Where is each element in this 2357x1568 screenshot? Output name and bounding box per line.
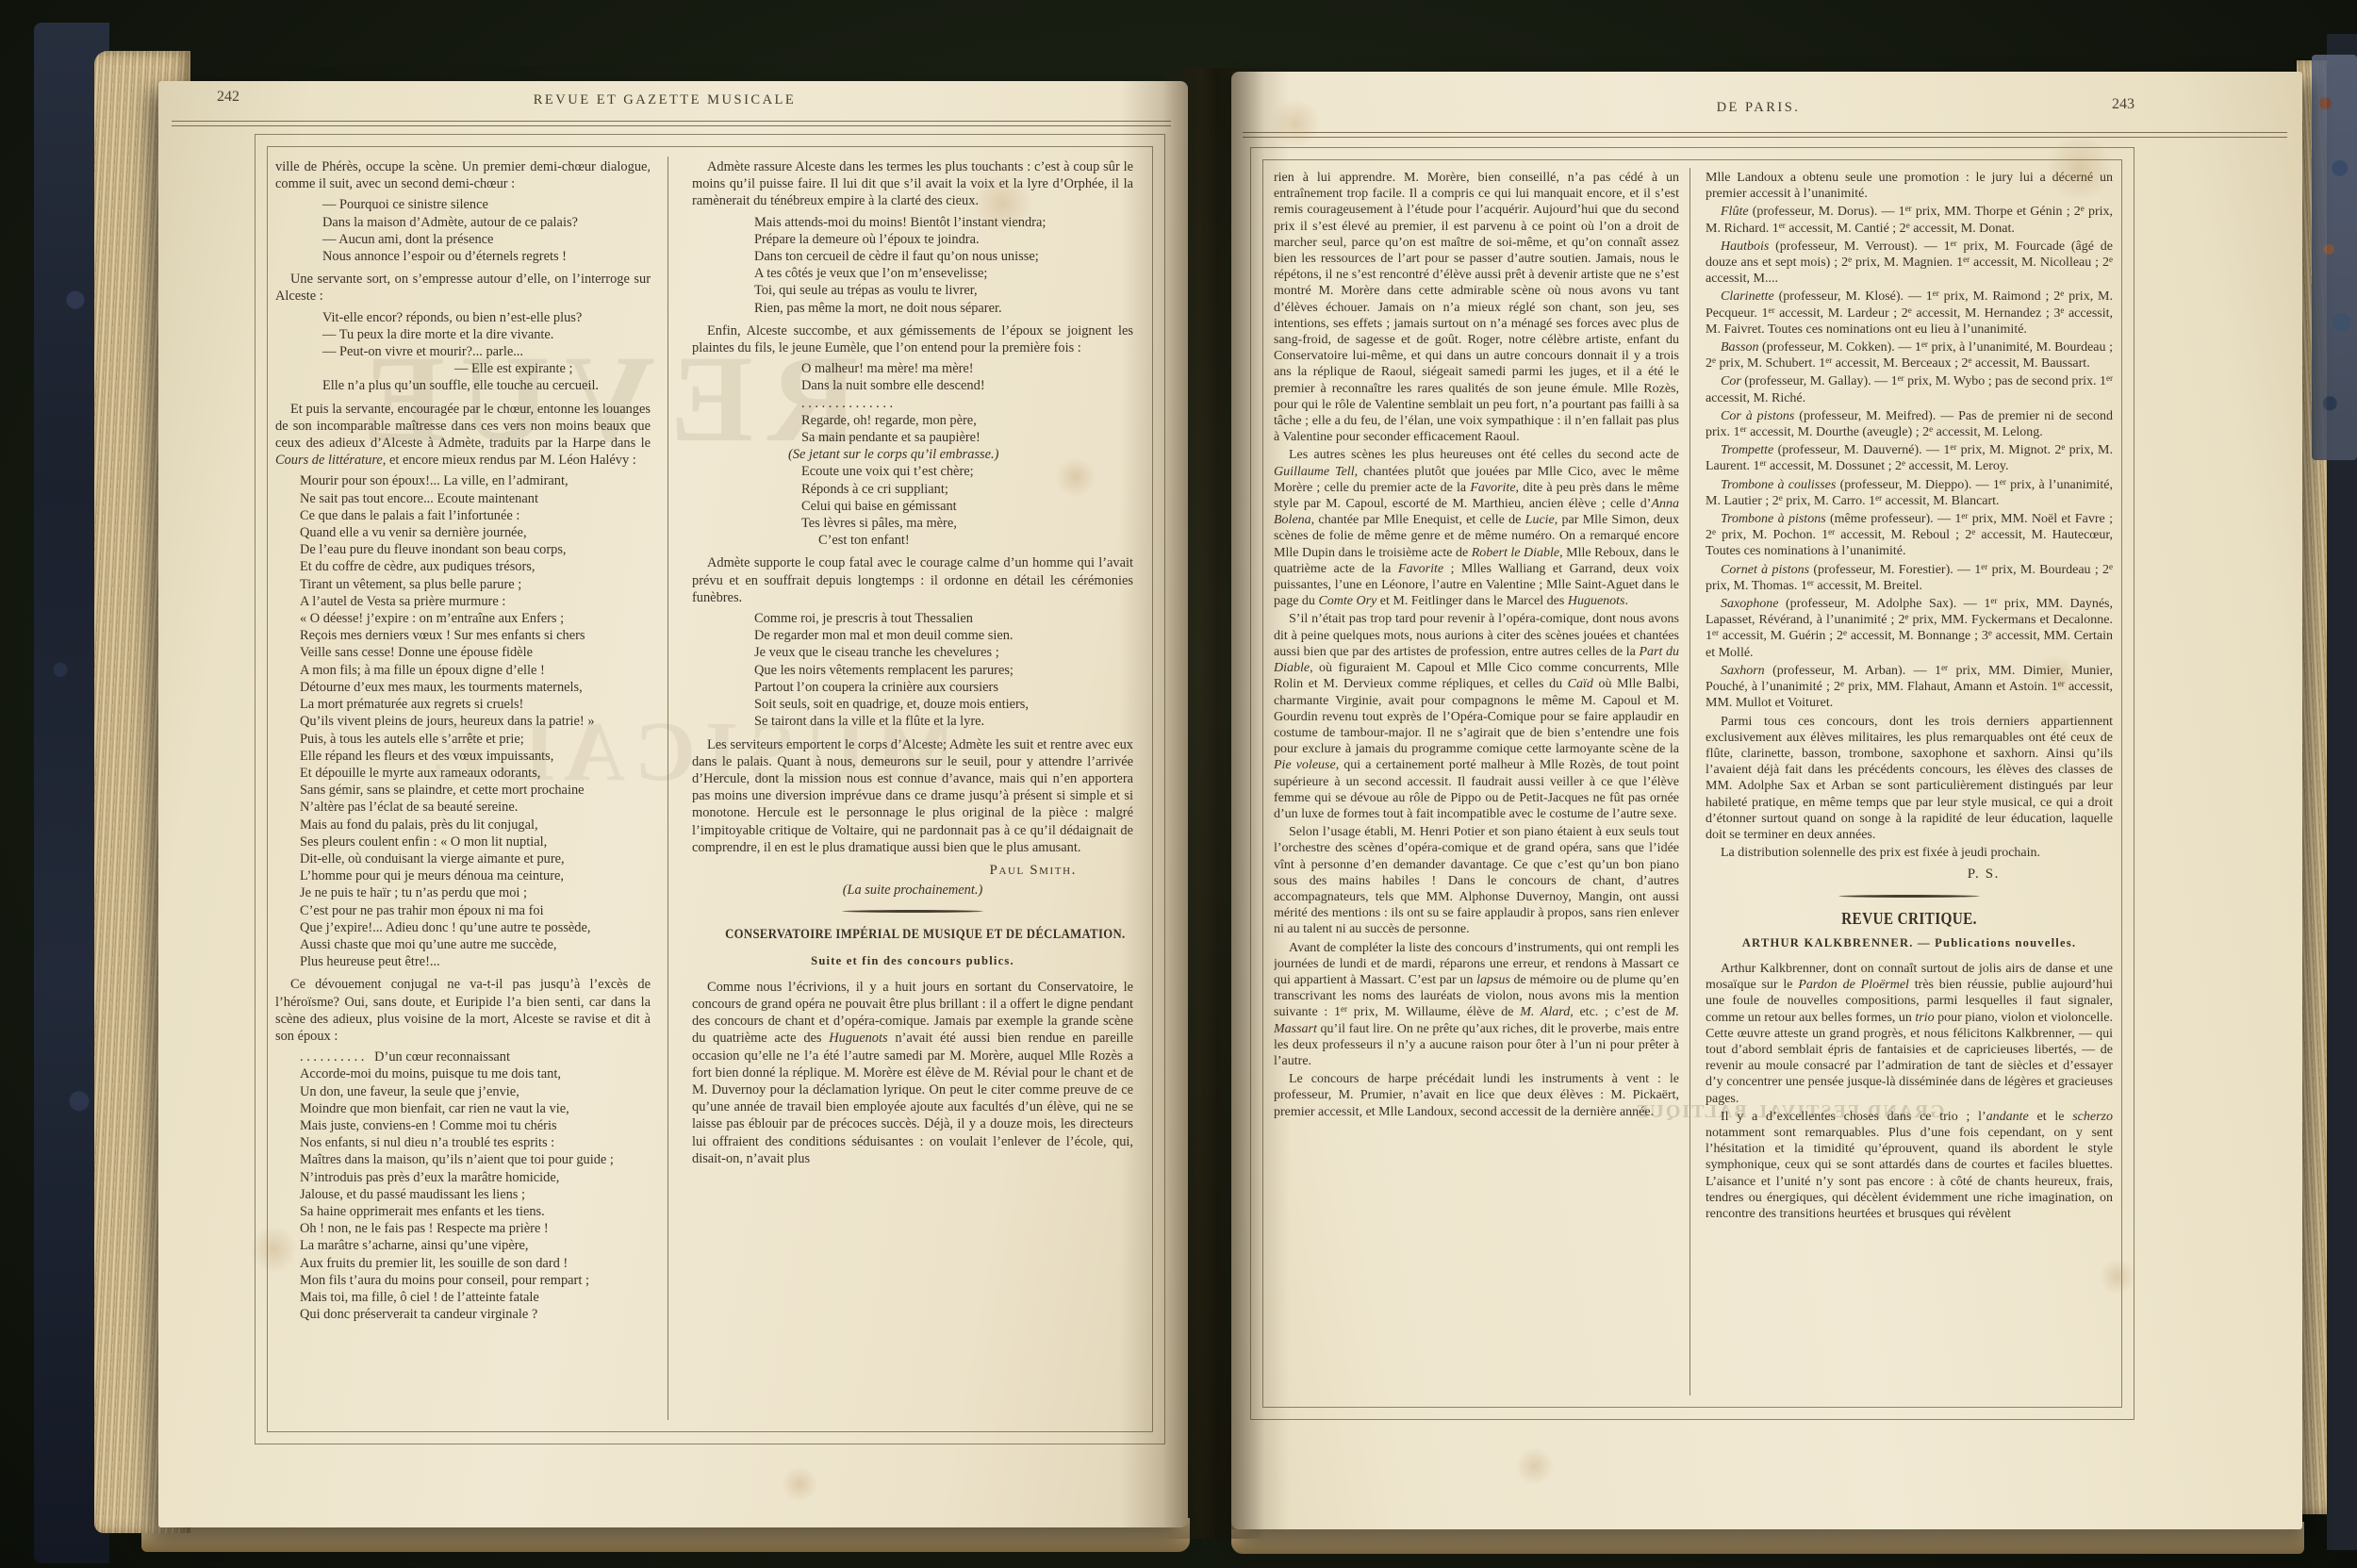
verse-line: Elle répand les fleurs et des vœux impui… xyxy=(300,748,651,765)
verse-line: De regarder mon mal et mon deuil comme s… xyxy=(754,627,1133,644)
paragraph: La distribution solennelle des prix est … xyxy=(1706,845,2113,861)
paragraph: Saxhorn (professeur, M. Arban). — 1er pr… xyxy=(1706,663,2113,712)
verse-line: Plus heureuse peut être!... xyxy=(300,953,651,970)
section-heading: CONSERVATOIRE IMPÉRIAL DE MUSIQUE ET DE … xyxy=(725,926,1100,943)
page-242: REVUE MUSICALE 242 REVUE ET GAZETTE MUSI… xyxy=(158,81,1188,1527)
paragraph: Saxophone (professeur, M. Adolphe Sax). … xyxy=(1706,596,2113,661)
paragraph: Avant de compléter la liste des concours… xyxy=(1274,940,1679,1070)
verse-block: — Pourquoi ce sinistre silenceDans la ma… xyxy=(322,196,651,265)
paragraph: Et puis la servante, encouragée par le c… xyxy=(275,401,651,470)
paragraph: Trombone à pistons (même professeur). — … xyxy=(1706,511,2113,560)
verse-line: Jalouse, et du passé maudissant les lien… xyxy=(300,1186,651,1203)
verse-block: Mais attends-moi du moins! Bientôt l’ins… xyxy=(754,214,1133,317)
header-rule xyxy=(1243,132,2287,138)
verse-block: Mourir pour son époux!... La ville, en l… xyxy=(300,472,651,970)
verse-line: C’est ton enfant! xyxy=(818,532,1133,549)
marbled-board-edge xyxy=(2312,55,2357,460)
verse-line: Se tairont dans la ville et la flûte et … xyxy=(754,713,1133,730)
note-line: (La suite prochainement.) xyxy=(692,882,1133,899)
verse-line: Un don, une faveur, la seule que j’envie… xyxy=(300,1083,651,1100)
verse-line: Dans la maison d’Admète, autour de ce pa… xyxy=(322,214,651,231)
running-head: REVUE ET GAZETTE MUSICALE xyxy=(504,92,825,108)
page-243: GRAND FESTIVAL BALTIQUE. DE PARIS. 243 r… xyxy=(1231,72,2302,1529)
paragraph: Cor à pistons (professeur, M. Meifred). … xyxy=(1706,408,2113,440)
verse-line: De l’eau pure du fleuve inondant son bea… xyxy=(300,541,651,558)
paragraph: Hautbois (professeur, M. Verroust). — 1e… xyxy=(1706,239,2113,288)
paragraph: Admète rassure Alceste dans les termes l… xyxy=(692,158,1133,210)
verse-line: C’est pour ne pas trahir mon époux ni ma… xyxy=(300,902,651,919)
verse-line: — Elle est expirante ; xyxy=(454,360,651,377)
paragraph: Trompette (professeur, M. Dauverné). — 1… xyxy=(1706,442,2113,474)
paragraph: Admète supporte le coup fatal avec le co… xyxy=(692,554,1133,606)
verse-line: Rien, pas même la mort, ne doit nous sép… xyxy=(754,300,1133,317)
section-subheading: ARTHUR KALKBRENNER. — Publications nouve… xyxy=(1706,935,2113,951)
verse-block: O malheur! ma mère! ma mère!Dans la nuit… xyxy=(801,360,1133,549)
verse-line: « O déesse! j’expire : on m’entraîne aux… xyxy=(300,610,651,627)
verse-line: L’homme pour qui je meurs dénoua ma cein… xyxy=(300,867,651,884)
column-divider xyxy=(1689,168,1690,1395)
verse-line: Ecoute une voix qui t’est chère; xyxy=(801,463,1133,480)
verse-line: — Tu peux la dire morte et la dire vivan… xyxy=(322,326,651,343)
verse-line: — Pourquoi ce sinistre silence xyxy=(322,196,651,213)
paragraph: Trombone à coulisses (professeur, M. Die… xyxy=(1706,477,2113,509)
verse-line: Qu’ils vivent pleins de jours, heureux d… xyxy=(300,713,651,730)
running-head: DE PARIS. xyxy=(1598,100,1919,116)
page-number: 242 xyxy=(217,89,239,106)
verse-block: Comme roi, je prescris à tout Thessalien… xyxy=(754,610,1133,730)
verse-line: Accorde-moi du moins, puisque tu me dois… xyxy=(300,1065,651,1082)
paragraph: Le concours de harpe précédait lundi les… xyxy=(1274,1071,1679,1120)
verse-line: Oh ! non, ne le fais pas ! Respecte ma p… xyxy=(300,1220,651,1237)
verse-line: Réponds à ce cri suppliant; xyxy=(801,481,1133,498)
verse-line: Nous annonce l’espoir ou d’éternels regr… xyxy=(322,248,651,265)
right-page-column-2: Mlle Landoux a obtenu seule une promotio… xyxy=(1706,170,2113,1399)
paragraph: Arthur Kalkbrenner, dont on connaît surt… xyxy=(1706,961,2113,1107)
paragraph: Comme nous l’écrivions, il y a huit jour… xyxy=(692,979,1133,1167)
verse-line: Que j’expire!... Adieu donc ! qu’une aut… xyxy=(300,919,651,936)
verse-line: Soit seuls, soit en quadrige, et, douze … xyxy=(754,696,1133,713)
verse-line: O malheur! ma mère! ma mère! xyxy=(801,360,1133,377)
section-heading: REVUE CRITIQUE. xyxy=(1736,911,2082,927)
verse-line: Dans ton cercueil de cèdre il faut qu’on… xyxy=(754,248,1133,265)
verse-line: Et du coffre de cèdre, aux pudiques trés… xyxy=(300,558,651,575)
verse-line: Puis, à tous les autels elle s’arrête et… xyxy=(300,731,651,748)
verse-line: Moindre que mon bienfait, car rien ne va… xyxy=(300,1100,651,1117)
paragraph: ville de Phérès, occupe la scène. Un pre… xyxy=(275,158,651,192)
paragraph: Basson (professeur, M. Cokken). — 1er pr… xyxy=(1706,339,2113,371)
foxing-spot xyxy=(1514,1448,1556,1484)
verse-line: Maîtres dans la maison, qu’ils n’aient q… xyxy=(300,1151,651,1168)
verse-line: Quand elle a vu venir sa dernière journé… xyxy=(300,524,651,541)
verse-line: Que les noirs vêtements remplacent les p… xyxy=(754,662,1133,679)
paragraph: Cor (professeur, M. Gallay). — 1er prix,… xyxy=(1706,373,2113,405)
verse-line: Reçois mes derniers vœux ! Sur mes enfan… xyxy=(300,627,651,644)
paragraph: rien à lui apprendre. M. Morère, bien co… xyxy=(1274,170,1679,445)
right-page-column-1: rien à lui apprendre. M. Morère, bien co… xyxy=(1274,170,1679,1399)
verse-line: Tes lèvres si pâles, ma mère, xyxy=(801,515,1133,532)
verse-line: Sans gémir, sans se plaindre, et cette m… xyxy=(300,782,651,799)
verse-line: N’introduis pas près d’eux la marâtre ho… xyxy=(300,1169,651,1186)
verse-line: Je ne puis te haïr ; tu n’as perdu que m… xyxy=(300,884,651,901)
verse-block: . . . . . . . . . . D’un cœur reconnaiss… xyxy=(300,1048,651,1323)
paragraph: Les autres scènes les plus heureuses ont… xyxy=(1274,447,1679,609)
separator-rule xyxy=(842,910,983,913)
paragraph: Ce dévouement conjugal ne va-t-il pas ju… xyxy=(275,976,651,1045)
page-number: 243 xyxy=(2112,96,2134,113)
paragraph: Enfin, Alceste succombe, et aux gémissem… xyxy=(692,322,1133,356)
verse-line: Nos enfants, si nul dieu n’a troublé tes… xyxy=(300,1134,651,1151)
verse-line: Partout l’on coupera la crinière aux cou… xyxy=(754,679,1133,696)
paragraph: Mlle Landoux a obtenu seule une promotio… xyxy=(1706,170,2113,202)
verse-line: Mais toi, ma fille, ô ciel ! de l’attein… xyxy=(300,1289,651,1306)
foxing-spot xyxy=(781,1467,818,1501)
paragraph: Clarinette (professeur, M. Klosé). — 1er… xyxy=(1706,289,2113,338)
paragraph: S’il n’était pas trop tard pour revenir … xyxy=(1274,611,1679,822)
verse-line: — Aucun ami, dont la présence xyxy=(322,231,651,248)
verse-line: Sa haine opprimerait mes enfants et les … xyxy=(300,1203,651,1220)
paragraph: Selon l’usage établi, M. Henri Potier et… xyxy=(1274,824,1679,937)
verse-line: La mort prématurée aux regrets si cruels… xyxy=(300,696,651,713)
verse-line: Sa main pendante et sa paupière! xyxy=(801,429,1133,446)
verse-line: . . . . . . . . . . . . . . xyxy=(801,395,1133,412)
verse-line: Tirant un vêtement, sa plus belle parure… xyxy=(300,576,651,593)
open-book-photo: REVUE MUSICALE 242 REVUE ET GAZETTE MUSI… xyxy=(0,0,2357,1568)
verse-line: Qui donc préserverait ta candeur virgina… xyxy=(300,1306,651,1323)
verse-line: Mourir pour son époux!... La ville, en l… xyxy=(300,472,651,489)
verse-line: N’altère pas l’éclat de sa beauté serein… xyxy=(300,799,651,816)
signature: P. S. xyxy=(1706,867,2113,883)
left-page-column-1: ville de Phérès, occupe la scène. Un pre… xyxy=(275,158,651,1422)
verse-block: Vit-elle encor? réponds, ou bien n’est-e… xyxy=(322,309,651,395)
verse-line: Vit-elle encor? réponds, ou bien n’est-e… xyxy=(322,309,651,326)
paragraph: Flûte (professeur, M. Dorus). — 1er prix… xyxy=(1706,204,2113,236)
verse-line: Prépare la demeure où l’époux te joindra… xyxy=(754,231,1133,248)
verse-line: Dans la nuit sombre elle descend! xyxy=(801,377,1133,394)
header-rule xyxy=(172,121,1171,126)
verse-line: A mon fils; à ma fille un époux digne d’… xyxy=(300,662,651,679)
verse-line: — Peut-on vivre et mourir?... parle... xyxy=(322,343,651,360)
verse-line: Aussi chaste que moi qu’une autre me suc… xyxy=(300,936,651,953)
verse-line: La marâtre s’acharne, ainsi qu’une vipèr… xyxy=(300,1237,651,1254)
verse-line: Je veux que le ciseau tranche les chevel… xyxy=(754,644,1133,661)
left-page-column-2: Admète rassure Alceste dans les termes l… xyxy=(692,158,1133,1422)
column-divider xyxy=(668,157,668,1420)
verse-line: Veille sans cesse! Donne une épouse fidè… xyxy=(300,644,651,661)
verse-line: Et dépouille le myrte aux rameaux odoran… xyxy=(300,765,651,782)
paragraph: Cornet à pistons (professeur, M. Foresti… xyxy=(1706,562,2113,594)
verse-line: Mon fils t’aura du moins pour conseil, p… xyxy=(300,1272,651,1289)
signature: Paul Smith. xyxy=(692,862,1133,879)
paragraph: Une servante sort, on s’empresse autour … xyxy=(275,271,651,305)
verse-line: . . . . . . . . . . D’un cœur reconnaiss… xyxy=(300,1048,651,1065)
verse-line: Ses pleurs coulent enfin : « O mon lit n… xyxy=(300,834,651,850)
verse-line: Aux fruits du premier lit, les souille d… xyxy=(300,1255,651,1272)
paragraph: Il y a d’excellentes choses dans ce trio… xyxy=(1706,1109,2113,1222)
verse-line: Mais juste, conviens-en ! Comme moi tu c… xyxy=(300,1117,651,1134)
verse-line: Comme roi, je prescris à tout Thessalien xyxy=(754,610,1133,627)
verse-line: (Se jetant sur le corps qu’il embrasse.) xyxy=(788,446,1133,463)
section-subheading: Suite et fin des concours publics. xyxy=(692,952,1133,969)
paragraph: Les serviteurs emportent le corps d’Alce… xyxy=(692,736,1133,856)
foxing-spot xyxy=(1269,100,1322,147)
verse-line: Elle n’a plus qu’un souffle, elle touche… xyxy=(322,377,651,394)
verse-line: Détourne d’eux mes maux, les tourments m… xyxy=(300,679,651,696)
verse-line: Ce que dans le palais a fait l’infortuné… xyxy=(300,507,651,524)
separator-rule xyxy=(1838,895,1980,898)
verse-line: Regarde, oh! regarde, mon père, xyxy=(801,412,1133,429)
verse-line: Toi, qui seule au trépas as voulu te liv… xyxy=(754,282,1133,299)
verse-line: Mais attends-moi du moins! Bientôt l’ins… xyxy=(754,214,1133,231)
verse-line: A l’autel de Vesta sa prière murmure : xyxy=(300,593,651,610)
verse-line: Mais au fond du palais, près du lit conj… xyxy=(300,817,651,834)
verse-line: Ne sait pas tout encore... Ecoute mainte… xyxy=(300,490,651,507)
verse-line: A tes côtés je veux que l’on m’ensevelis… xyxy=(754,265,1133,282)
verse-line: Dit-elle, où conduisant la vierge aimant… xyxy=(300,850,651,867)
paragraph: Parmi tous ces concours, dont les trois … xyxy=(1706,714,2113,844)
verse-line: Celui qui baise en gémissant xyxy=(801,498,1133,515)
